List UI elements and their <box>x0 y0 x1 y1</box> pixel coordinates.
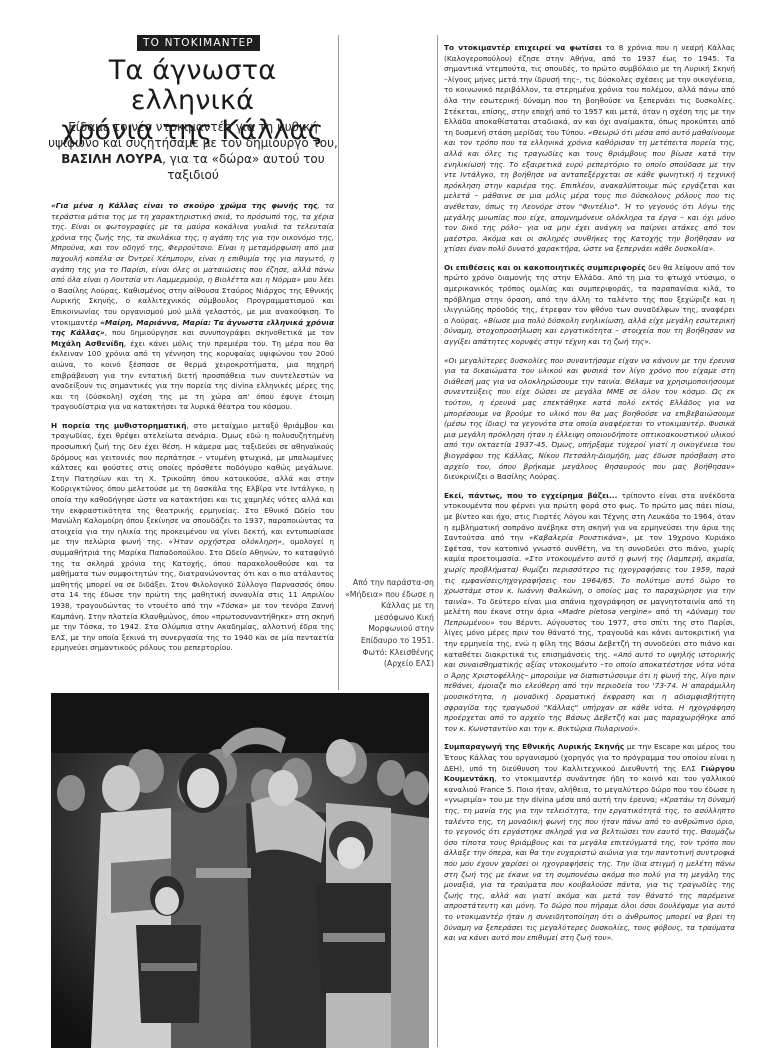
paragraph: Οι επιθέσεις και οι κακοποιητικές συμπερ… <box>444 263 735 348</box>
lead-in: Το ντοκιμαντέρ επιχειρεί να φωτίσει <box>444 43 602 52</box>
lead-in: Η πορεία της μυθιστορηματική <box>51 421 187 430</box>
lead-in: Συμπαραγωγή της Εθνικής Λυρικής Σκηνής <box>444 742 624 751</box>
deck-author-name: ΒΑΣΙΛΗ ΛΟΥΡΑ <box>61 152 162 166</box>
quote-text: , τα τεράστια μάτια της με τη χαρακτηρισ… <box>51 201 334 284</box>
magazine-page: ΤΟ ΝΤΟΚΙΜΑΝΤΕΡ Τα άγνωστα ελληνικά χρόνι… <box>0 0 768 1056</box>
quote-text: «Θεωρώ ότι μέσα από αυτό μαθαίνουμε και … <box>444 128 735 254</box>
quote-text: «Ήταν ορχήστρα ολόκληρη» <box>168 537 282 546</box>
photo-illustration <box>51 693 429 1048</box>
paragraph: «Οι μεγαλύτερες δυσκολίες που συναντήσαμ… <box>444 356 735 483</box>
body-text: , που δημιούργησε και συνυπογράφει σκηνο… <box>105 328 334 337</box>
quote-text: «Από αυτό το υψηλής ιστορικής και συναισ… <box>444 650 735 733</box>
person-name: Μιχάλη Ασθενίδη <box>51 339 124 348</box>
column-divider-right <box>437 35 438 1047</box>
paragraph: Συμπαραγωγή της Εθνικής Λυρικής Σκηνής μ… <box>444 742 735 943</box>
section-kicker: ΤΟ ΝΤΟΚΙΜΑΝΤΕΡ <box>137 35 260 51</box>
aria-title: «Madre pietosa vergine» <box>558 607 652 616</box>
article-photo <box>51 693 429 1048</box>
paragraph: Το ντοκιμαντέρ επιχειρεί να φωτίσει τα 8… <box>444 43 735 255</box>
body-text: διευκρινίζει ο Βασίλης Λούρας. <box>444 472 559 481</box>
paragraph: Εκεί, πάντως, που το εγχείρημα βάζει... … <box>444 491 735 735</box>
opera-title: «Τόσκα» <box>216 601 248 610</box>
lead-quote: «Για μένα η Κάλλας είναι το σκούρο χρώμα… <box>51 201 317 210</box>
quote-text: «Οι μεγαλύτερες δυσκολίες που συναντήσαμ… <box>444 356 735 471</box>
body-text: , στο μεταίχμιο μεταξύ θριάμβου και τραγ… <box>51 421 334 547</box>
column-divider-left <box>338 35 339 690</box>
left-column: «Για μένα η Κάλλας είναι το σκούρο χρώμα… <box>51 201 334 662</box>
body-text: , έχει κάνει μόλις την πρεμιέρα του. Τη … <box>51 339 334 412</box>
deck-text-1: Είδαμε το νέο ντοκιμαντέρ για τη μυθική … <box>48 120 338 150</box>
photo-caption: Από την παράστα-ση «Μήδεια» που έδωσε η … <box>343 577 434 670</box>
paragraph: «Για μένα η Κάλλας είναι το σκούρο χρώμα… <box>51 201 334 413</box>
lead-in: Οι επιθέσεις και οι κακοποιητικές συμπερ… <box>444 263 646 272</box>
quote-text: «Βίωσε μια πολύ δύσκολη ενηλικίωση, αλλά… <box>444 316 735 346</box>
body-text: από τη <box>652 607 686 616</box>
quote-text: «Κρατάω τη δύναμή της, τη μανία της για … <box>444 795 735 942</box>
opera-title: «Καβαλερία Ρουστικάνα» <box>529 533 626 542</box>
headline-line-1: Τα άγνωστα ελληνικά <box>109 55 277 116</box>
paragraph: Η πορεία της μυθιστορηματική, στο μεταίχ… <box>51 421 334 654</box>
lead-in: Εκεί, πάντως, που το εγχείρημα βάζει... <box>444 491 617 500</box>
deck-text-2: , για τα «δώρα» αυτού του ταξιδιού <box>162 152 325 182</box>
body-text: τα 8 χρόνια που η νεαρή Κάλλας (Καλογερο… <box>444 43 735 137</box>
right-column: Το ντοκιμαντέρ επιχειρεί να φωτίσει τα 8… <box>444 43 735 952</box>
article-deck: Είδαμε το νέο ντοκιμαντέρ για τη μυθική … <box>48 119 338 183</box>
body-text: , ομολογεί η συμμαθήτριά της Μαρίκα Παπα… <box>51 537 334 610</box>
